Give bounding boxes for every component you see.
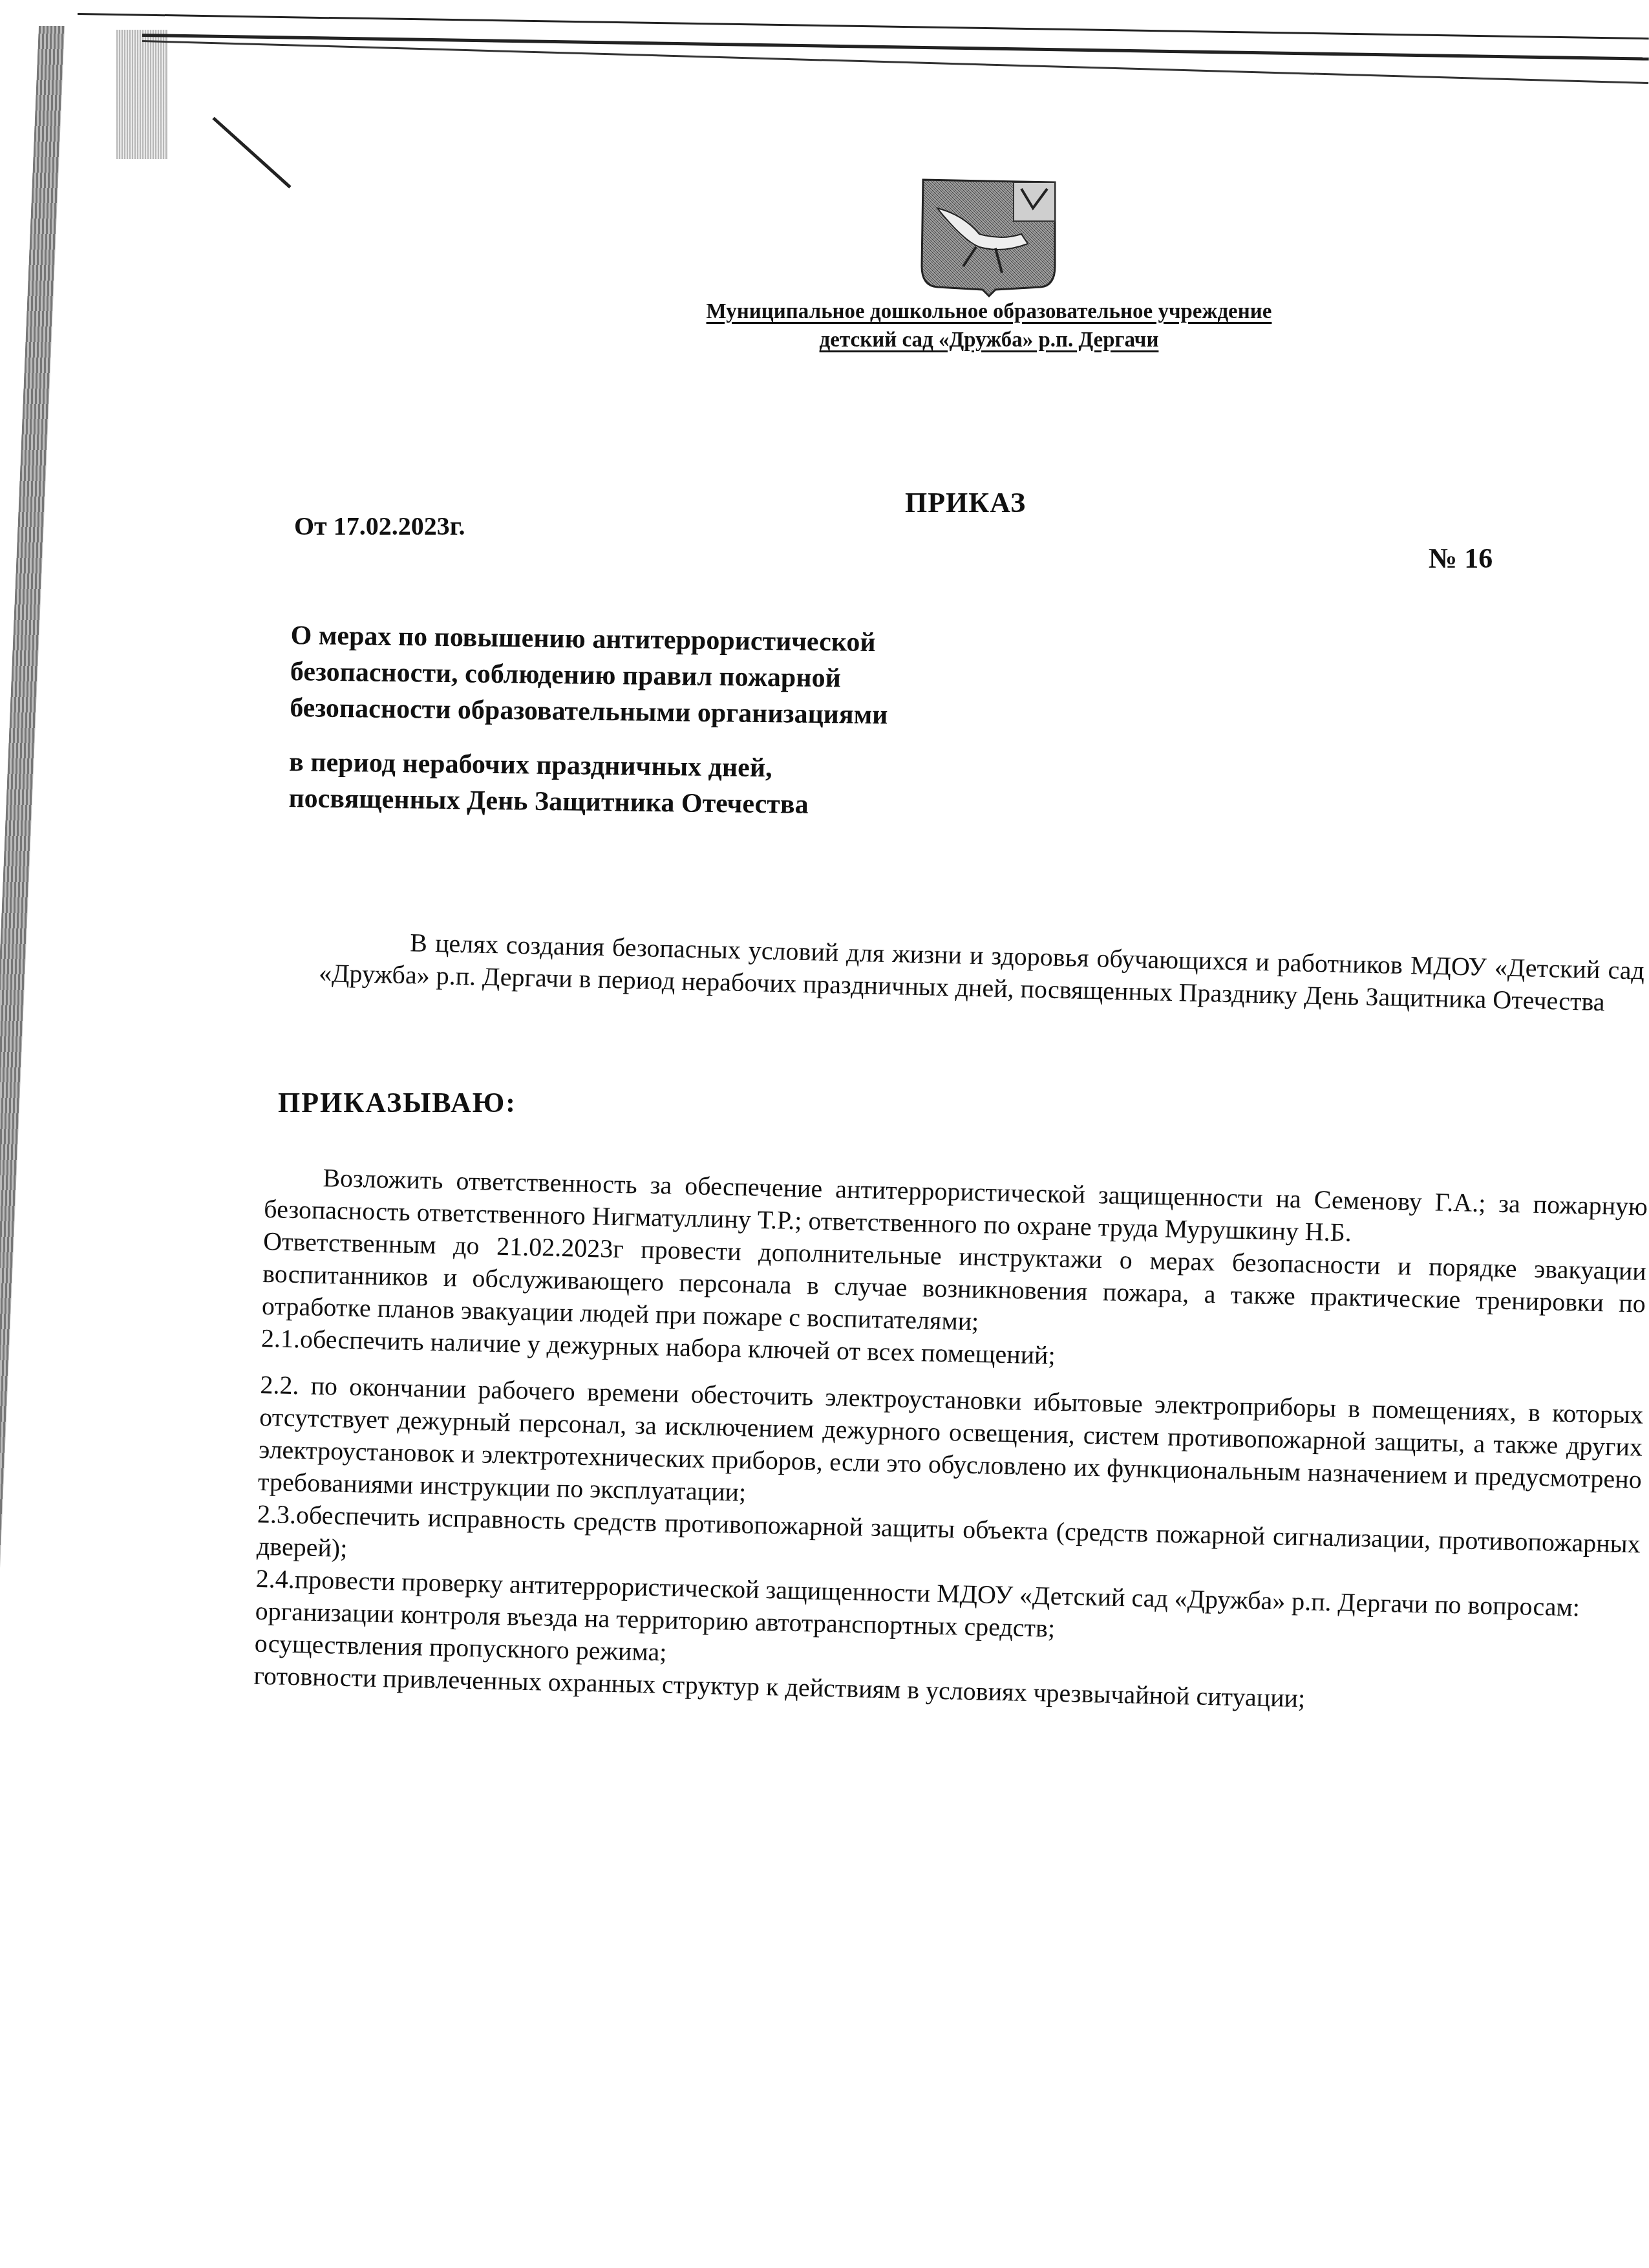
pen-mark bbox=[212, 117, 291, 189]
order-body: Возложить ответственность за обеспечение… bbox=[253, 1161, 1648, 1722]
organization-name-line2: детский сад «Дружба» р.п. Дергачи bbox=[621, 326, 1357, 354]
scan-edge-artifact bbox=[116, 30, 168, 159]
organization-name-line1: Муниципальное дошкольное образовательное… bbox=[621, 297, 1357, 326]
preamble-text: В целях создания безопасных условий для … bbox=[319, 925, 1645, 1019]
scan-line-artifact bbox=[78, 13, 1649, 39]
order-subject: О мерах по повышению антитеррористическо… bbox=[288, 617, 889, 824]
document-title: ПРИКАЗ bbox=[905, 486, 1026, 519]
subject-line: безопасности образовательными организаци… bbox=[290, 690, 888, 733]
subject-line: посвященных День Защитника Отечества bbox=[288, 780, 887, 824]
scan-edge-artifact bbox=[0, 26, 65, 2108]
order-heading: ПРИКАЗЫВАЮ: bbox=[278, 1086, 516, 1119]
coat-of-arms-icon bbox=[918, 176, 1060, 299]
preamble: В целях создания безопасных условий для … bbox=[319, 925, 1645, 1019]
document-date: От 17.02.2023г. bbox=[294, 511, 465, 541]
document-number: № 16 bbox=[1429, 542, 1493, 575]
organization-header: Муниципальное дошкольное образовательное… bbox=[621, 297, 1357, 354]
